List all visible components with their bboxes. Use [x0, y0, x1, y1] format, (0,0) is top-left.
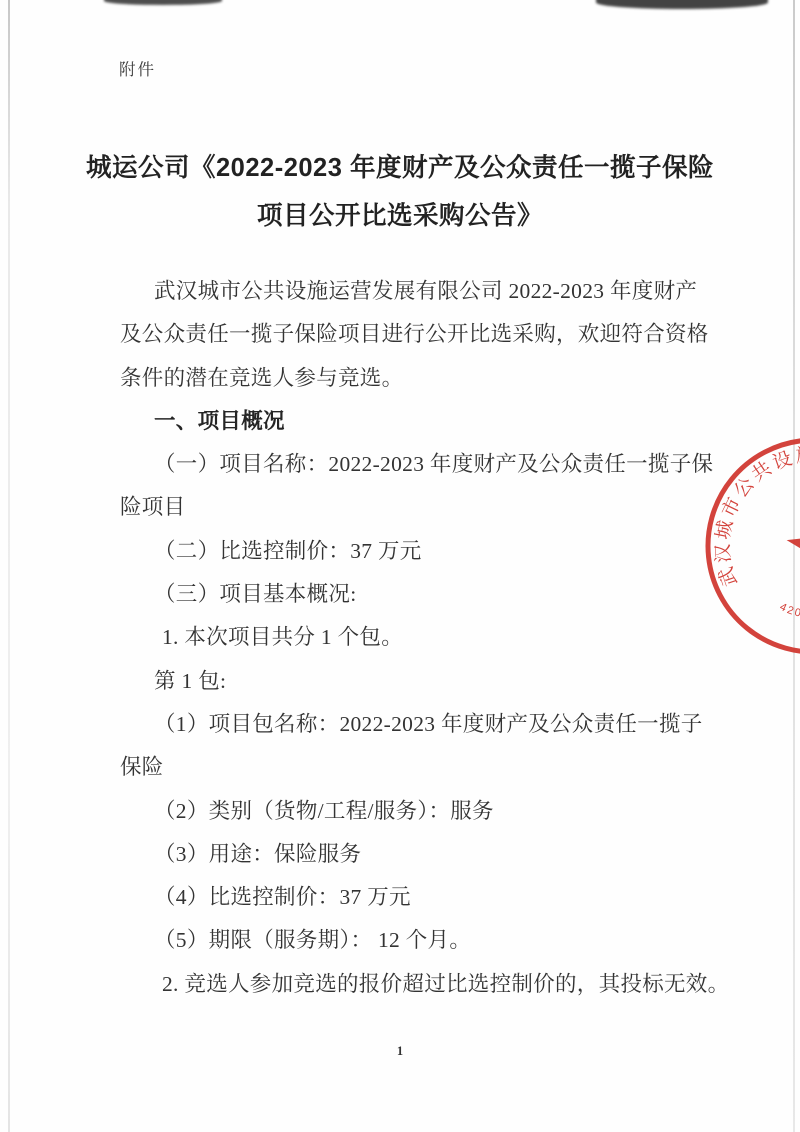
body-line-package-name-1: （1）项目包名称：2022-2023 年度财产及公众责任一揽子 — [120, 703, 720, 746]
section-heading-overview: 一、项目概况 — [120, 400, 720, 443]
scan-artifact-top-left — [104, 0, 222, 5]
body-line-intro-1: 武汉城市公共设施运营发展有限公司 2022-2023 年度财产 — [120, 270, 720, 313]
seal-number-text: 4201049 — [777, 596, 800, 625]
body-line-category: （2）类别（货物/工程/服务）：服务 — [120, 790, 720, 833]
body-line-duration: （5）期限（服务期）： 12 个月。 — [120, 919, 720, 962]
body-line-project-name-2: 险项目 — [120, 486, 720, 529]
body-line-package-name-2: 保险 — [120, 746, 720, 789]
document-page: 附件 城运公司《2022-2023 年度财产及公众责任一揽子保险 项目公开比选采… — [0, 0, 800, 1132]
document-title: 城运公司《2022-2023 年度财产及公众责任一揽子保险 项目公开比选采购公告… — [0, 144, 800, 240]
page-number: 1 — [0, 1044, 800, 1059]
body-line-package-count: 1. 本次项目共分 1 个包。 — [120, 616, 720, 659]
body-line-project-name-1: （一）项目名称：2022-2023 年度财产及公众责任一揽子保 — [120, 443, 720, 486]
body-line-package-1: 第 1 包: — [120, 660, 720, 703]
body-line-bid-invalid: 2. 竞选人参加竞选的报价超过比选控制价的，其投标无效。 — [120, 963, 720, 1006]
attachment-label: 附件 — [119, 56, 156, 80]
scan-artifact-top-right — [596, 0, 768, 9]
seal-star-icon — [785, 515, 800, 571]
seal-company-text: 武汉城市公共设施运营发展有限公司 — [682, 414, 800, 597]
document-body: 武汉城市公共设施运营发展有限公司 2022-2023 年度财产 及公众责任一揽子… — [120, 270, 720, 1006]
body-line-basic-overview: （三）项目基本概况: — [120, 573, 720, 616]
body-line-control-price: （二）比选控制价：37 万元 — [120, 530, 720, 573]
body-line-intro-2: 及公众责任一揽子保险项目进行公开比选采购，欢迎符合资格 — [120, 313, 720, 356]
body-line-intro-3: 条件的潜在竞选人参与竞选。 — [120, 357, 720, 400]
document-title-line2: 项目公开比选采购公告》 — [0, 192, 800, 240]
document-title-line1: 城运公司《2022-2023 年度财产及公众责任一揽子保险 — [0, 144, 800, 192]
body-line-control-price-2: （4）比选控制价：37 万元 — [120, 876, 720, 919]
body-line-usage: （3）用途：保险服务 — [120, 833, 720, 876]
